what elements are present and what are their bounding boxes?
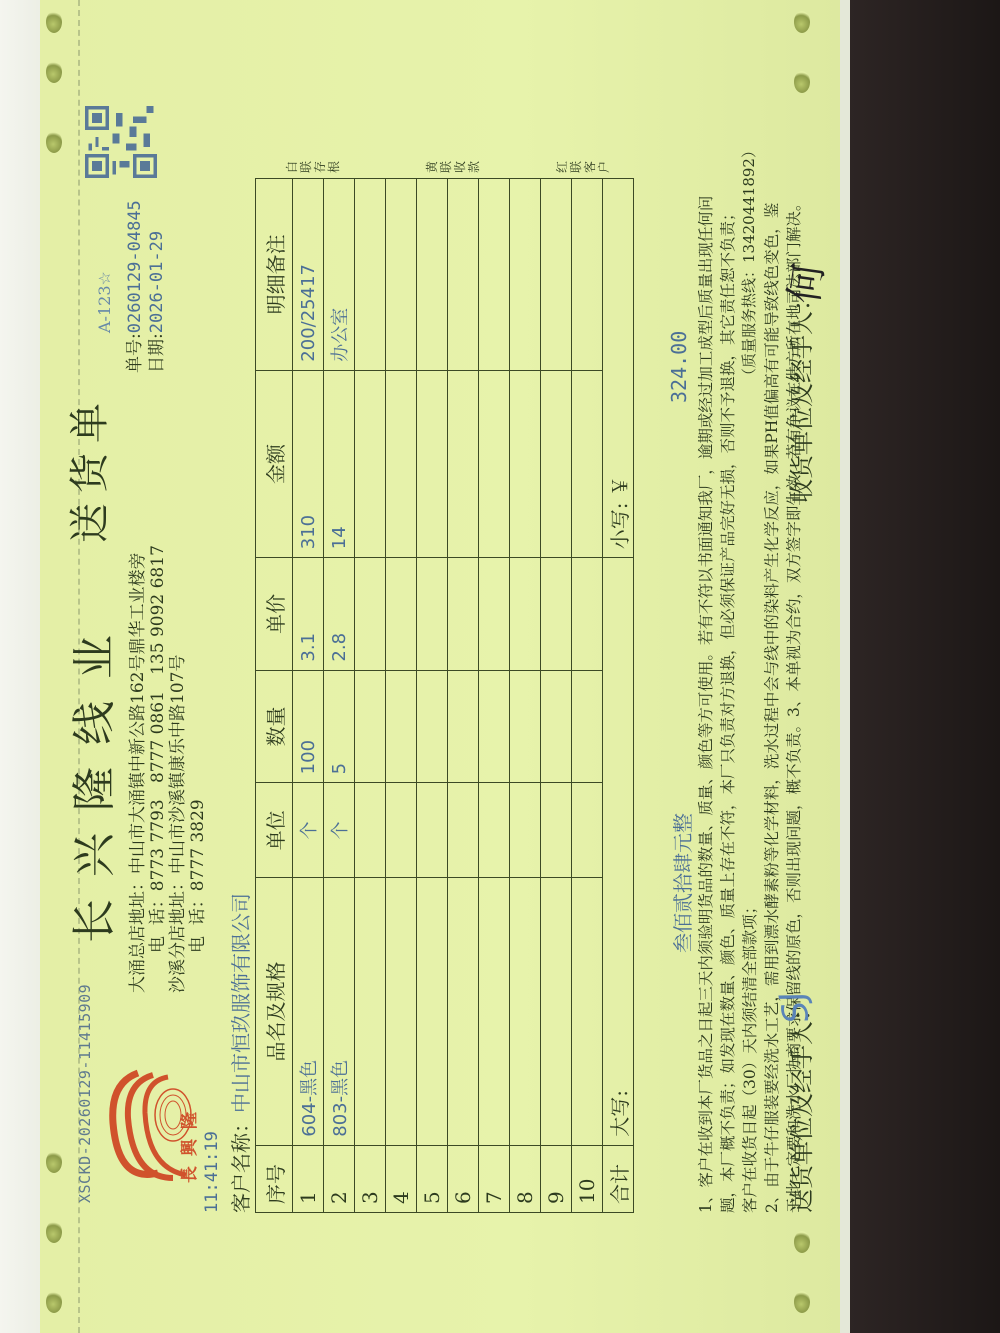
- header-name: 品名及规格: [256, 878, 293, 1145]
- hole-icon: [46, 61, 62, 83]
- customer-name: 中山市恒玖服饰有限公司: [229, 893, 253, 1113]
- table-row: 10: [572, 179, 603, 1213]
- mark-code: A-123☆: [95, 271, 114, 333]
- table-row: 9: [541, 179, 572, 1213]
- table-row: 3: [355, 179, 386, 1213]
- table-row: 8: [510, 179, 541, 1213]
- item-name: 803-黑色: [324, 878, 355, 1145]
- perforation-holes-bottom: [794, 0, 834, 1333]
- background-dark-surface: [850, 0, 1000, 1333]
- hole-icon: [794, 1291, 810, 1313]
- table-row: 5: [417, 179, 448, 1213]
- copy-label-red: 红联客户: [555, 159, 611, 173]
- header-note: 明细备注: [256, 179, 293, 371]
- total-uppercase-value: 叁佰贰拾肆元整: [667, 813, 696, 953]
- table-header-row: 序号 品名及规格 单位 数量 单价 金额 明细备注: [256, 179, 293, 1213]
- header-amount: 金额: [256, 370, 293, 558]
- item-name: 604-黑色: [293, 878, 324, 1145]
- table-row: 7: [479, 179, 510, 1213]
- items-table: 序号 品名及规格 单位 数量 单价 金额 明细备注 1 604-黑色 个 100…: [255, 178, 634, 1213]
- customer-field: 客户名称：中山市恒玖服饰有限公司: [225, 893, 254, 1213]
- table-row: 4: [386, 179, 417, 1213]
- quality-hotline: （质量服务热线：13420441892）: [738, 143, 759, 383]
- qr-code-icon: [85, 106, 157, 178]
- hole-icon: [794, 11, 810, 33]
- total-label: 合计: [603, 1145, 634, 1212]
- copy-label-yellow: 黄联收款: [425, 159, 481, 173]
- delivery-note-wrapper: XSCKD-20260129-11415909 長興隆 11:41:19 长兴隆…: [40, 0, 860, 1333]
- copy-label-white: 白联存根: [285, 159, 341, 173]
- hole-icon: [46, 11, 62, 33]
- header-price: 单价: [256, 558, 293, 670]
- serial-code: XSCKD-20260129-11415909: [76, 984, 94, 1203]
- header-qty: 数量: [256, 670, 293, 783]
- delivery-note: XSCKD-20260129-11415909 長興隆 11:41:19 长兴隆…: [40, 0, 840, 1333]
- document-date: 日期:2026-01-29: [142, 231, 167, 373]
- total-lowercase-value: 324.00: [667, 331, 691, 403]
- hole-icon: [46, 1221, 62, 1243]
- company-name: 长兴隆线业: [58, 613, 122, 943]
- table-row: 2 803-黑色 个 5 2.8 14 办公室: [324, 179, 355, 1213]
- header-unit: 单位: [256, 783, 293, 878]
- hole-icon: [794, 71, 810, 93]
- hole-icon: [46, 131, 62, 153]
- document-title: 送货单: [58, 393, 115, 543]
- hole-icon: [46, 1291, 62, 1313]
- table-row: 1 604-黑色 个 100 3.1 310 200/25417: [293, 179, 324, 1213]
- hole-icon: [46, 1151, 62, 1173]
- table-row: 6: [448, 179, 479, 1213]
- total-lowercase-label: 小写: ￥: [603, 179, 634, 558]
- total-row: 合计 大写: 小写: ￥: [603, 179, 634, 1213]
- logo-brand-text: 長興隆: [175, 1102, 200, 1183]
- header-seq: 序号: [256, 1145, 293, 1212]
- hole-icon: [794, 1231, 810, 1253]
- branch-phone: 电 话：8777 3829: [183, 799, 208, 993]
- total-uppercase-label: 大写:: [603, 558, 634, 1146]
- print-time: 11:41:19: [202, 1131, 222, 1213]
